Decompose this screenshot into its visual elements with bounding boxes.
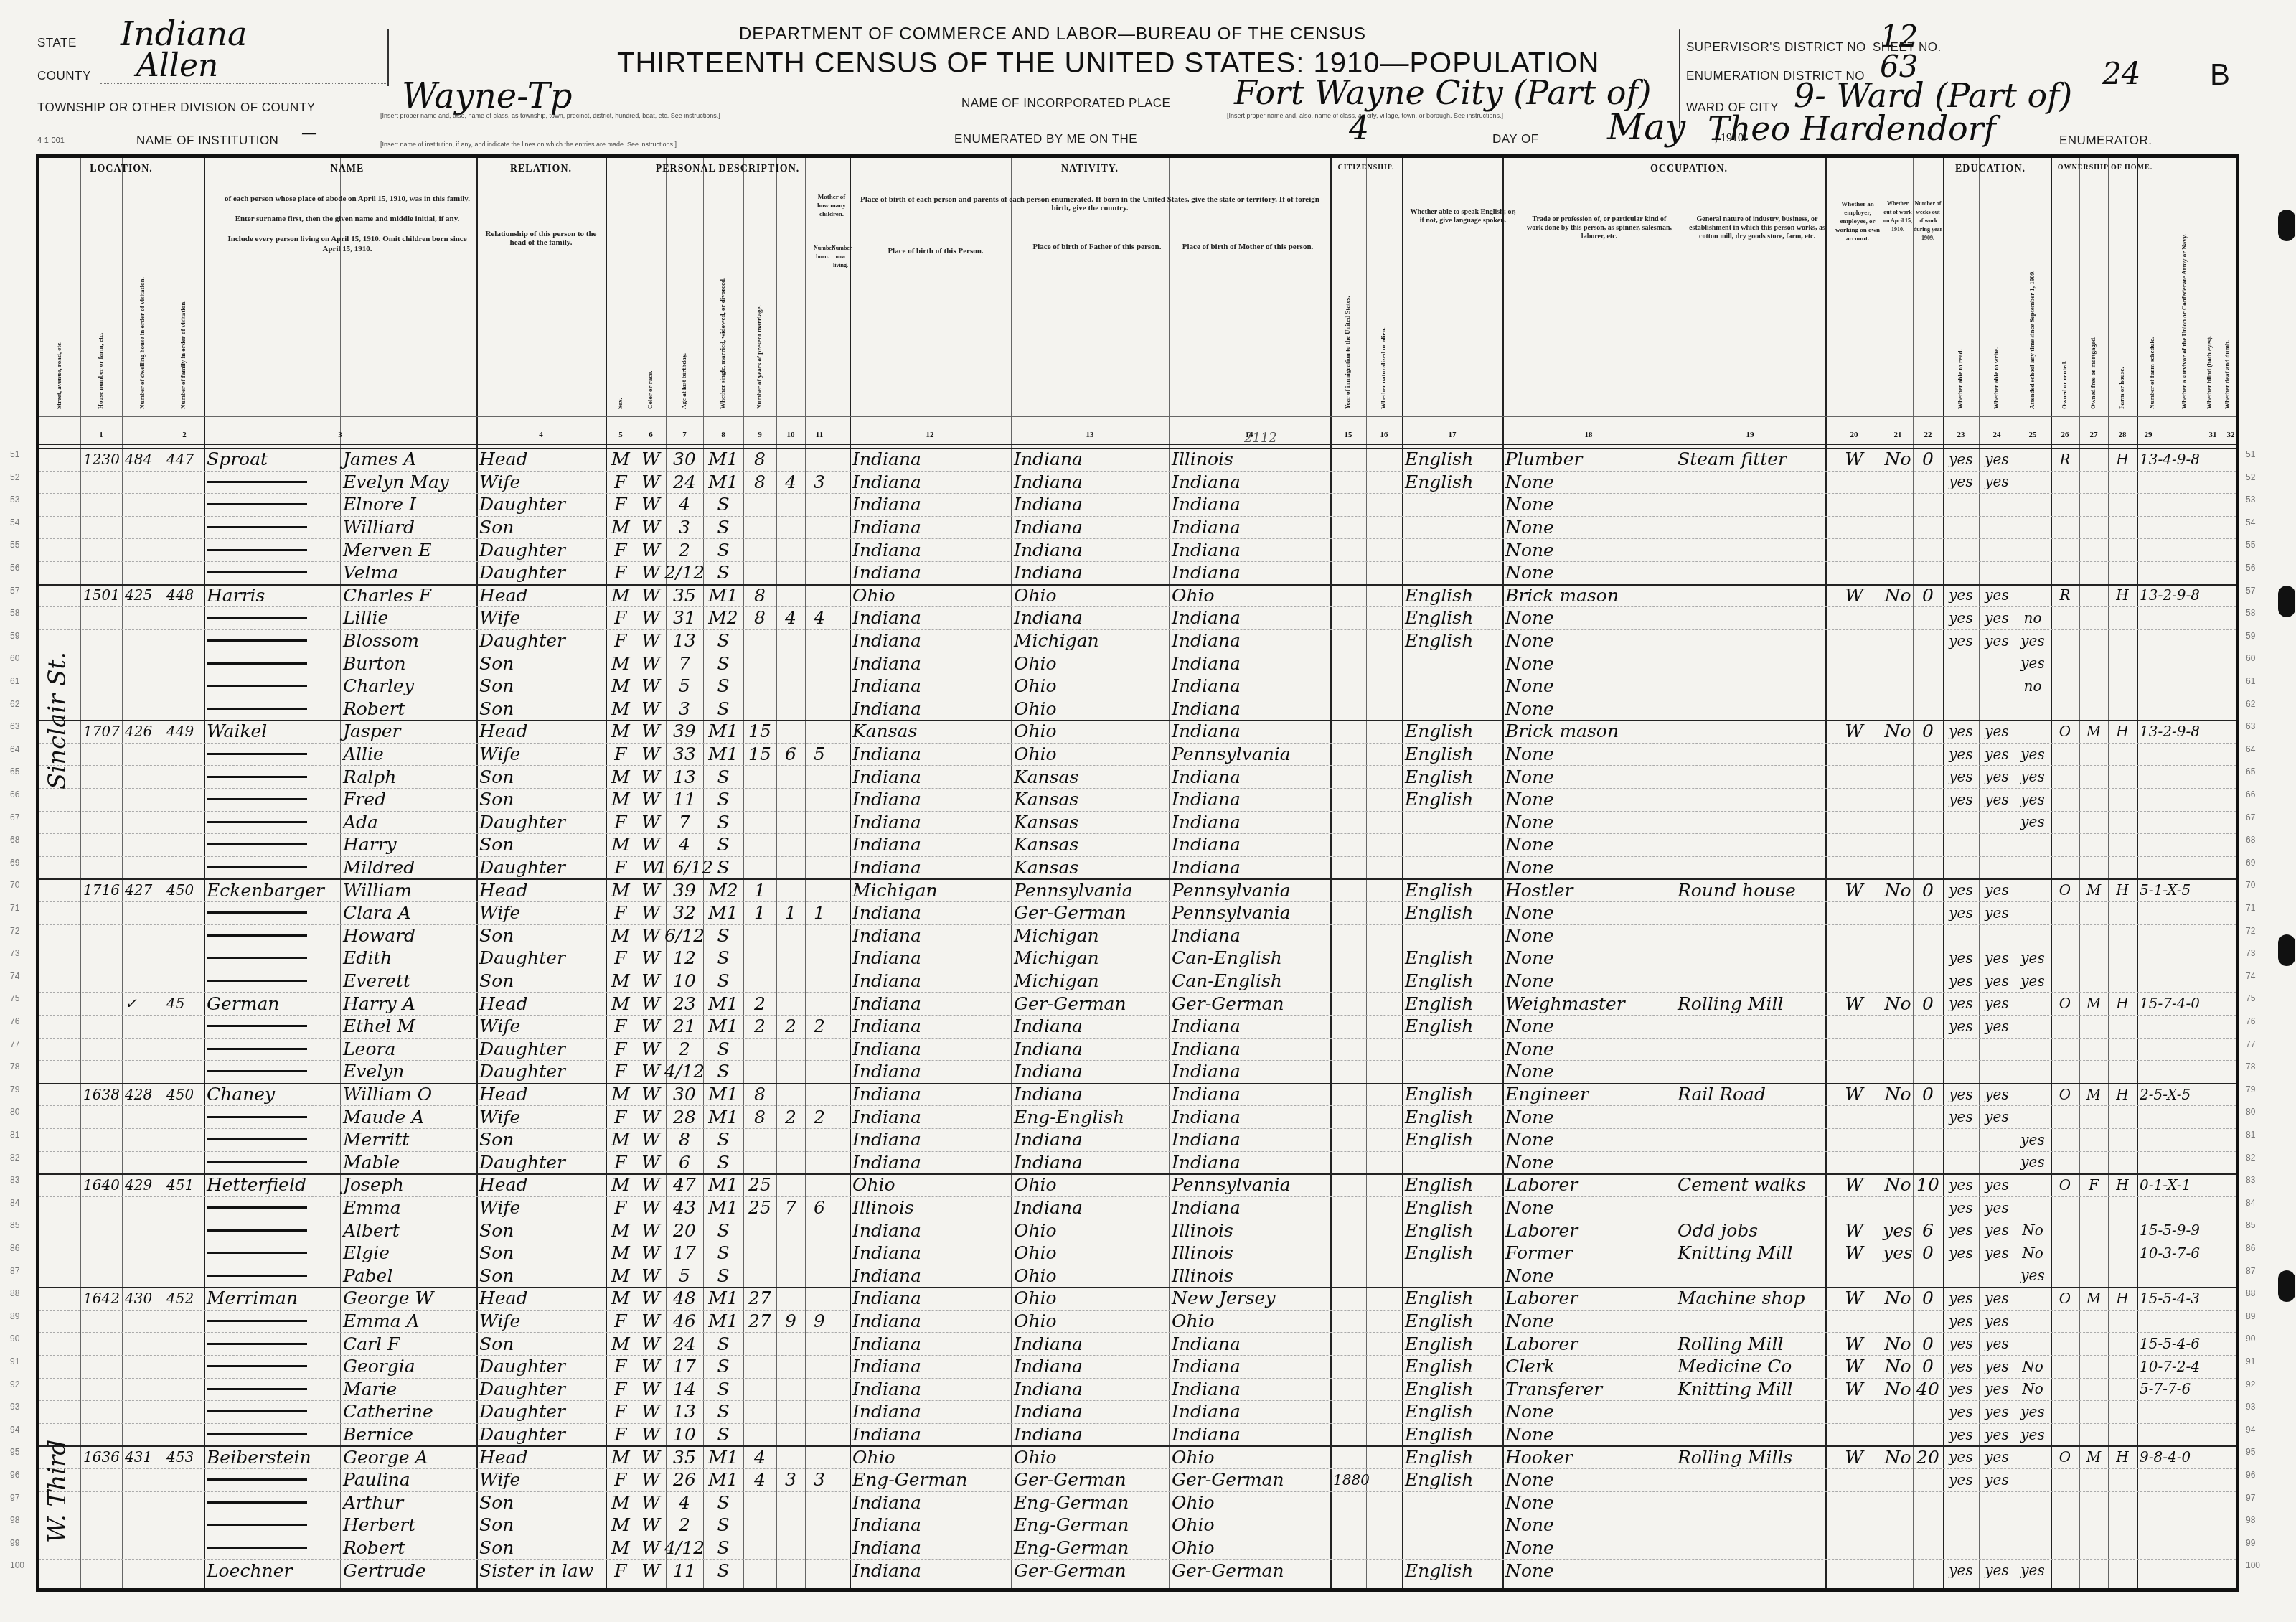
cell-trade: Plumber xyxy=(1505,448,1672,471)
cell-trade: Hostler xyxy=(1505,878,1672,901)
cell-age: 14 xyxy=(669,1378,700,1401)
cell-given: Merritt xyxy=(343,1128,474,1151)
cell-surname xyxy=(207,833,337,856)
cell-marital: M1 xyxy=(706,1468,740,1491)
cell-write: yes xyxy=(1982,584,2012,607)
township-value: Wayne-Tp xyxy=(402,76,572,116)
ditto-dash xyxy=(207,685,307,687)
cell-trade: None xyxy=(1505,1015,1672,1038)
cell-father: Kansas xyxy=(1014,765,1166,788)
cell-marital: S xyxy=(706,1537,740,1560)
cell-out-of-work: No xyxy=(1886,992,1910,1015)
line-number: 72 xyxy=(10,926,19,936)
cell-age: 11 xyxy=(669,788,700,811)
cell-given: Bernice xyxy=(343,1423,474,1446)
cell-birth: Indiana xyxy=(852,811,1008,834)
ditto-dash xyxy=(207,798,307,800)
cell-birth: Indiana xyxy=(852,1287,1008,1310)
cell-father: Indiana xyxy=(1014,561,1166,584)
cell-sex: M xyxy=(608,1173,633,1196)
line-number: 77 xyxy=(10,1039,19,1049)
cell-father: Ohio xyxy=(1014,720,1166,743)
table-row: EdithDaughterFW12SIndianaMichiganCan-Eng… xyxy=(39,947,2236,970)
cell-house: 1636 xyxy=(83,1445,119,1468)
table-row: MableDaughterFW6SIndianaIndianaIndianaNo… xyxy=(39,1151,2236,1174)
line-number: 89 xyxy=(2246,1311,2255,1321)
table-row: RobertSonMW3SIndianaOhioIndianaNone xyxy=(39,698,2236,721)
cell-schedule: 0-1-X-1 xyxy=(2140,1173,2234,1196)
header-rule xyxy=(39,187,2236,187)
cell-relation: Wife xyxy=(479,743,603,766)
cell-schedule: 5-7-7-6 xyxy=(2140,1378,2234,1401)
line-number: 92 xyxy=(10,1379,19,1389)
cell-father: Michigan xyxy=(1014,970,1166,993)
cell-age: 1 6/12 xyxy=(669,856,700,879)
cell-weeks-out: 0 xyxy=(1916,1332,1940,1355)
cell-color: W xyxy=(639,1083,663,1106)
ditto-dash xyxy=(207,1410,307,1412)
cell-mother: Ger-German xyxy=(1172,992,1327,1015)
cell-schedule: 13-2-9-8 xyxy=(2140,720,2234,743)
line-number: 99 xyxy=(10,1538,19,1548)
cell-trade: None xyxy=(1505,1310,1672,1333)
cell-read: yes xyxy=(1946,743,1976,766)
cell-sex: M xyxy=(608,1537,633,1560)
line-number: 64 xyxy=(2246,744,2255,754)
cell-given: Carl F xyxy=(343,1332,474,1355)
cell-color: W xyxy=(639,606,663,629)
ditto-dash xyxy=(207,843,307,845)
cell-sex: F xyxy=(608,1038,633,1061)
cell-surname: Hetterfield xyxy=(207,1173,337,1196)
cell-color: W xyxy=(639,992,663,1015)
cell-owned: O xyxy=(2053,1083,2076,1106)
cell-family: 45 xyxy=(166,992,201,1015)
cell-given: Harry xyxy=(343,833,474,856)
cell-given: Ethel M xyxy=(343,1015,474,1038)
cell-color: W xyxy=(639,538,663,561)
cell-write: yes xyxy=(1982,1378,2012,1401)
cell-write: yes xyxy=(1982,947,2012,970)
cell-given: Marie xyxy=(343,1378,474,1401)
cell-color: W xyxy=(639,1242,663,1265)
cell-mother: New Jersey xyxy=(1172,1287,1327,1310)
cell-surname xyxy=(207,924,337,947)
line-number: 89 xyxy=(10,1311,19,1321)
cell-mother: Ohio xyxy=(1172,1491,1327,1514)
line-number: 51 xyxy=(10,449,19,459)
cell-write: yes xyxy=(1982,1559,2012,1582)
cell-relation: Daughter xyxy=(479,811,603,834)
cell-sex: F xyxy=(608,811,633,834)
line-number: 55 xyxy=(2246,540,2255,550)
col-header-deaf: Whether deaf and dumb. xyxy=(2224,187,2231,409)
cell-marital: M1 xyxy=(706,1083,740,1106)
table-row: FredSonMW11SIndianaKansasIndianaEnglishN… xyxy=(39,788,2236,811)
binder-hole xyxy=(2278,934,2295,966)
cell-language: English xyxy=(1405,606,1500,629)
cell-sex: F xyxy=(608,629,633,652)
cell-employer: W xyxy=(1828,720,1880,743)
table-row: ✓45GermanHarry AHeadMW23M12IndianaGer-Ge… xyxy=(39,992,2236,1015)
line-number: 95 xyxy=(2246,1447,2255,1457)
table-row: Elnore IDaughterFW4SIndianaIndianaIndian… xyxy=(39,493,2236,516)
institution-note: [Insert name of institution, if any, and… xyxy=(380,141,825,148)
cell-marital: S xyxy=(706,538,740,561)
cell-language: English xyxy=(1405,992,1500,1015)
cell-relation: Wife xyxy=(479,1105,603,1128)
table-row: LillieWifeFW31M2844IndianaIndianaIndiana… xyxy=(39,606,2236,629)
cell-employer: W xyxy=(1828,448,1880,471)
cell-sex: F xyxy=(608,606,633,629)
ditto-dash xyxy=(207,1501,307,1504)
group-nativity: NATIVITY. xyxy=(850,164,1330,175)
birth-father-desc: Place of birth of Father of this person. xyxy=(1022,243,1172,251)
column-number: 6 xyxy=(640,431,662,439)
cell-trade: None xyxy=(1505,652,1672,675)
cell-age: 33 xyxy=(669,743,700,766)
cell-owned: O xyxy=(2053,878,2076,901)
cell-age: 39 xyxy=(669,878,700,901)
cell-sex: F xyxy=(608,1015,633,1038)
cell-school: yes xyxy=(2018,1559,2048,1582)
table-row: RobertSonMW4/12SIndianaEng-GermanOhioNon… xyxy=(39,1537,2236,1560)
cell-marital: S xyxy=(706,947,740,970)
line-number: 81 xyxy=(2246,1130,2255,1140)
line-number: 93 xyxy=(10,1402,19,1412)
ditto-dash xyxy=(207,1547,307,1549)
cell-relation: Head xyxy=(479,992,603,1015)
line-number: 57 xyxy=(2246,586,2255,596)
trade-desc: Trade or profession of, or particular ki… xyxy=(1524,215,1675,241)
cell-mother: Indiana xyxy=(1172,606,1327,629)
cell-given: Georgia xyxy=(343,1355,474,1378)
form-code: 4-1-001 xyxy=(37,136,65,145)
line-number: 75 xyxy=(10,993,19,1003)
cell-write: yes xyxy=(1982,992,2012,1015)
cell-relation: Son xyxy=(479,1265,603,1288)
table-row: CatherineDaughterFW13SIndianaIndianaIndi… xyxy=(39,1400,2236,1423)
cell-age: 24 xyxy=(669,1332,700,1355)
cell-mother: Indiana xyxy=(1172,652,1327,675)
census-sheet: LOCATION. NAME RELATION. PERSONAL DESCRI… xyxy=(36,154,2239,1592)
cell-surname xyxy=(207,652,337,675)
cell-schedule: 15-5-4-6 xyxy=(2140,1332,2234,1355)
cell-house: 1640 xyxy=(83,1173,119,1196)
cell-relation: Wife xyxy=(479,1310,603,1333)
cell-employer: W xyxy=(1828,1242,1880,1265)
cell-language: English xyxy=(1405,1332,1500,1355)
line-number: 78 xyxy=(10,1061,19,1072)
cell-father: Ohio xyxy=(1014,698,1166,721)
cell-relation: Son xyxy=(479,675,603,698)
line-number: 100 xyxy=(10,1560,24,1570)
cell-marital: M1 xyxy=(706,448,740,471)
cell-given: Robert xyxy=(343,698,474,721)
cell-father: Indiana xyxy=(1014,516,1166,539)
table-row: PabelSonMW5SIndianaOhioIllinoisNoneyes xyxy=(39,1265,2236,1288)
cell-out-of-work: No xyxy=(1886,1378,1910,1401)
cell-language: English xyxy=(1405,1378,1500,1401)
line-number: 71 xyxy=(2246,903,2255,913)
cell-write: yes xyxy=(1982,765,2012,788)
cell-relation: Son xyxy=(479,833,603,856)
cell-mother: Indiana xyxy=(1172,1105,1327,1128)
cell-given: Harry A xyxy=(343,992,474,1015)
cell-given: Gertrude xyxy=(343,1559,474,1582)
cell-read: yes xyxy=(1946,1559,1976,1582)
cell-relation: Wife xyxy=(479,901,603,924)
cell-surname xyxy=(207,1423,337,1446)
line-number: 73 xyxy=(10,948,19,958)
cell-marital: S xyxy=(706,1060,740,1083)
cell-born: 7 xyxy=(779,1196,802,1219)
table-row: BurtonSonMW7SIndianaOhioIndianaNoneyes xyxy=(39,652,2236,675)
cell-age: 6 xyxy=(669,1151,700,1174)
sheet-value: 24 xyxy=(2102,56,2140,91)
table-row: LoechnerGertrudeSister in lawFW11SIndian… xyxy=(39,1559,2236,1582)
cell-age: 2/12 xyxy=(669,561,700,584)
state-label: State xyxy=(37,36,77,50)
cell-color: W xyxy=(639,1038,663,1061)
ditto-dash xyxy=(207,1320,307,1322)
cell-trade: None xyxy=(1505,698,1672,721)
cell-house: 1707 xyxy=(83,720,119,743)
line-number: 56 xyxy=(2246,563,2255,573)
cell-age: 6/12 xyxy=(669,924,700,947)
ditto-dash xyxy=(207,1025,307,1027)
cell-house: 1716 xyxy=(83,878,119,901)
cell-years-married: 1 xyxy=(746,901,773,924)
cell-relation: Wife xyxy=(479,1015,603,1038)
cell-father: Ger-German xyxy=(1014,901,1166,924)
cell-father: Ohio xyxy=(1014,584,1166,607)
cell-color: W xyxy=(639,1332,663,1355)
cell-sex: M xyxy=(608,992,633,1015)
cell-father: Ohio xyxy=(1014,1242,1166,1265)
cell-immigration: 1880 xyxy=(1333,1468,1363,1491)
cell-sex: M xyxy=(608,1083,633,1106)
cell-language: English xyxy=(1405,1400,1500,1423)
out-of-work-desc: Whether out of work on April 15, 1910. xyxy=(1883,200,1913,234)
cell-birth: Indiana xyxy=(852,970,1008,993)
cell-living: 4 xyxy=(808,606,831,629)
cell-trade: None xyxy=(1505,606,1672,629)
cell-farm: H xyxy=(2111,992,2134,1015)
cell-marital: M1 xyxy=(706,1105,740,1128)
cell-given: Charley xyxy=(343,675,474,698)
line-number: 57 xyxy=(10,586,19,596)
cell-industry: Rolling Mill xyxy=(1678,1332,1822,1355)
ditto-dash xyxy=(207,1229,307,1232)
group-relation: RELATION. xyxy=(476,164,606,175)
column-number: 7 xyxy=(674,431,695,439)
line-number: 96 xyxy=(10,1470,19,1480)
col-header-years-married: Number of years of present marriage. xyxy=(756,201,763,409)
cell-age: 7 xyxy=(669,652,700,675)
cell-marital: S xyxy=(706,1423,740,1446)
cell-weeks-out: 0 xyxy=(1916,878,1940,901)
cell-language: English xyxy=(1405,720,1500,743)
cell-trade: None xyxy=(1505,516,1672,539)
cell-mother: Indiana xyxy=(1172,720,1327,743)
cell-language: English xyxy=(1405,629,1500,652)
cell-age: 8 xyxy=(669,1128,700,1151)
cell-marital: S xyxy=(706,1355,740,1378)
cell-sex: F xyxy=(608,561,633,584)
cell-birth: Indiana xyxy=(852,652,1008,675)
cell-language: English xyxy=(1405,1559,1500,1582)
cell-dwelling: 429 xyxy=(125,1173,161,1196)
cell-surname: Harris xyxy=(207,584,337,607)
cell-years-married: 4 xyxy=(746,1468,773,1491)
cell-mother: Indiana xyxy=(1172,788,1327,811)
cell-father: Indiana xyxy=(1014,1332,1166,1355)
cell-age: 21 xyxy=(669,1015,700,1038)
cell-mother: Indiana xyxy=(1172,765,1327,788)
cell-birth: Indiana xyxy=(852,1559,1008,1582)
cell-sex: F xyxy=(608,1060,633,1083)
cell-marital: S xyxy=(706,1128,740,1151)
cell-write: yes xyxy=(1982,1083,2012,1106)
line-number: 68 xyxy=(10,835,19,845)
ditto-dash xyxy=(207,1275,307,1277)
line-number: 54 xyxy=(2246,517,2255,528)
cell-marital: S xyxy=(706,629,740,652)
table-row: HerbertSonMW2SIndianaEng-GermanOhioNone xyxy=(39,1514,2236,1537)
line-number: 91 xyxy=(10,1356,19,1366)
cell-read: yes xyxy=(1946,448,1976,471)
cell-sex: F xyxy=(608,856,633,879)
cell-school: yes xyxy=(2018,1423,2048,1446)
cell-father: Eng-German xyxy=(1014,1537,1166,1560)
cell-sex: M xyxy=(608,675,633,698)
cell-weeks-out: 0 xyxy=(1916,1287,1940,1310)
cell-father: Michigan xyxy=(1014,629,1166,652)
cell-relation: Daughter xyxy=(479,1355,603,1378)
cell-language: English xyxy=(1405,1310,1500,1333)
cell-years-married: 4 xyxy=(746,1445,773,1468)
cell-trade: Clerk xyxy=(1505,1355,1672,1378)
cell-given: Allie xyxy=(343,743,474,766)
cell-given: George W xyxy=(343,1287,474,1310)
cell-write: yes xyxy=(1982,1445,2012,1468)
column-number: 2 xyxy=(174,431,195,439)
cell-write: yes xyxy=(1982,1468,2012,1491)
cell-schedule: 10-3-7-6 xyxy=(2140,1242,2234,1265)
cell-father: Michigan xyxy=(1014,947,1166,970)
ditto-dash xyxy=(207,753,307,755)
cell-owned: O xyxy=(2053,1445,2076,1468)
cell-relation: Head xyxy=(479,1173,603,1196)
cell-trade: Former xyxy=(1505,1242,1672,1265)
cell-surname xyxy=(207,1038,337,1061)
cell-mother: Indiana xyxy=(1172,629,1327,652)
ditto-dash xyxy=(207,821,307,823)
cell-sex: M xyxy=(608,1491,633,1514)
cell-color: W xyxy=(639,471,663,494)
cell-living: 9 xyxy=(808,1310,831,1333)
table-row: EverettSonMW10SIndianaMichiganCan-Englis… xyxy=(39,970,2236,993)
cell-trade: Laborer xyxy=(1505,1173,1672,1196)
cell-mother: Pennsylvania xyxy=(1172,901,1327,924)
cell-color: W xyxy=(639,516,663,539)
cell-trade: None xyxy=(1505,1038,1672,1061)
cell-color: W xyxy=(639,1445,663,1468)
ditto-dash xyxy=(207,911,307,914)
cell-birth: Indiana xyxy=(852,1514,1008,1537)
cell-years-married: 1 xyxy=(746,878,773,901)
cell-given: Elnore I xyxy=(343,493,474,516)
cell-trade: None xyxy=(1505,833,1672,856)
table-row: Clara AWifeFW32M1111IndianaGer-GermanPen… xyxy=(39,901,2236,924)
cell-color: W xyxy=(639,561,663,584)
col-header-read: Whether able to read. xyxy=(1957,201,1964,409)
line-number: 84 xyxy=(10,1198,19,1208)
cell-surname: Chaney xyxy=(207,1083,337,1106)
line-number: 64 xyxy=(10,744,19,754)
cell-color: W xyxy=(639,448,663,471)
cell-marital: M1 xyxy=(706,1015,740,1038)
cell-relation: Son xyxy=(479,516,603,539)
cell-school: yes xyxy=(2018,743,2048,766)
cell-father: Indiana xyxy=(1014,1423,1166,1446)
ditto-dash xyxy=(207,1524,307,1526)
cell-language: English xyxy=(1405,788,1500,811)
cell-out-of-work: No xyxy=(1886,584,1910,607)
col-header-blind: Whether blind (both eyes). xyxy=(2206,187,2213,409)
column-number: 4 xyxy=(530,431,552,439)
cell-weeks-out: 0 xyxy=(1916,992,1940,1015)
cell-birth: Indiana xyxy=(852,1537,1008,1560)
cell-out-of-work: No xyxy=(1886,878,1910,901)
cell-language: English xyxy=(1405,1468,1500,1491)
ditto-dash xyxy=(207,1343,307,1345)
cell-trade: None xyxy=(1505,970,1672,993)
cell-marital: M1 xyxy=(706,1196,740,1219)
cell-mother: Ohio xyxy=(1172,1537,1327,1560)
cell-marital: M1 xyxy=(706,992,740,1015)
cell-sex: M xyxy=(608,652,633,675)
col-header-owned: Owned or rented. xyxy=(2061,201,2068,409)
cell-age: 31 xyxy=(669,606,700,629)
cell-given: Paulina xyxy=(343,1468,474,1491)
cell-trade: None xyxy=(1505,1151,1672,1174)
cell-marital: S xyxy=(706,788,740,811)
cell-read: yes xyxy=(1946,1310,1976,1333)
cell-write: yes xyxy=(1982,1105,2012,1128)
cell-mother: Indiana xyxy=(1172,561,1327,584)
cell-color: W xyxy=(639,675,663,698)
cell-given: Emma A xyxy=(343,1310,474,1333)
cell-given: Velma xyxy=(343,561,474,584)
cell-sex: M xyxy=(608,833,633,856)
line-number: 70 xyxy=(10,880,19,890)
line-number: 56 xyxy=(10,563,19,573)
line-number: 67 xyxy=(2246,812,2255,822)
line-number: 67 xyxy=(10,812,19,822)
cell-out-of-work: No xyxy=(1886,1287,1910,1310)
cell-employer: W xyxy=(1828,1445,1880,1468)
cell-mother: Pennsylvania xyxy=(1172,878,1327,901)
line-number: 85 xyxy=(2246,1220,2255,1230)
cell-given: Robert xyxy=(343,1537,474,1560)
cell-age: 17 xyxy=(669,1355,700,1378)
cell-father: Ohio xyxy=(1014,652,1166,675)
cell-language: English xyxy=(1405,1128,1500,1151)
cell-surname xyxy=(207,1265,337,1288)
cell-given: Williard xyxy=(343,516,474,539)
